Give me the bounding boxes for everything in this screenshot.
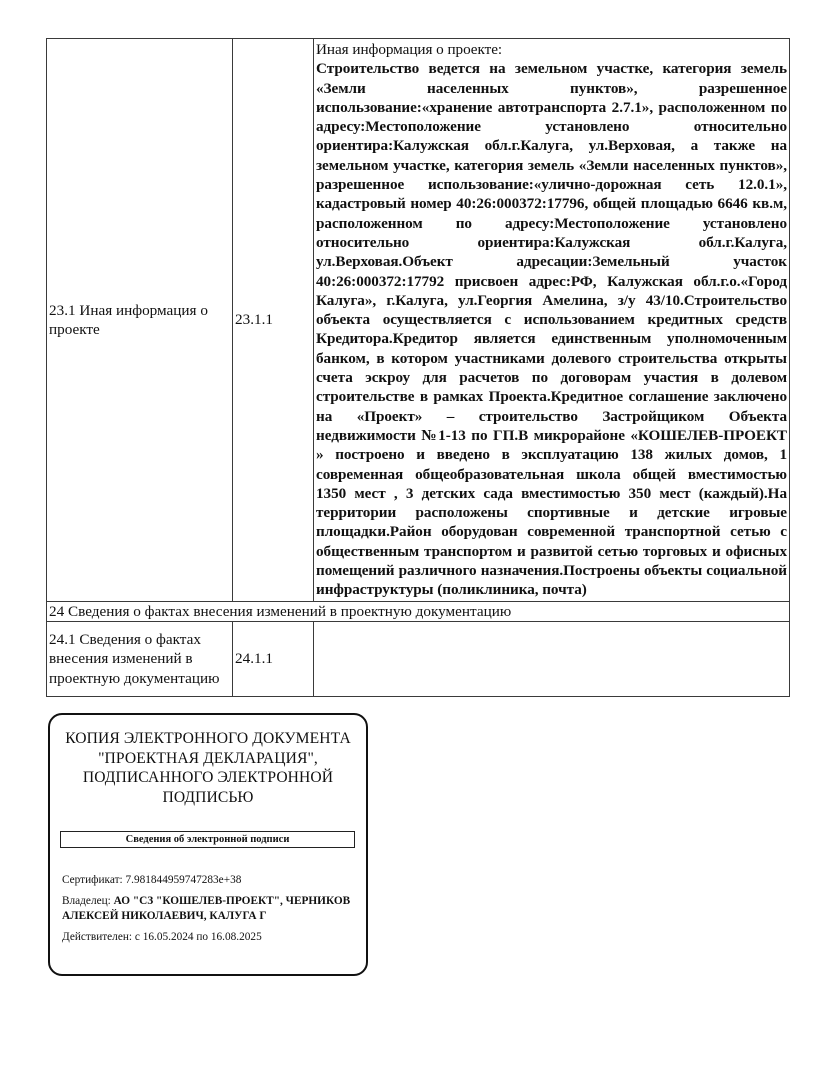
validity-value: с 16.05.2024 по 16.08.2025 [135, 931, 262, 943]
table-row-23-1: 23.1 Иная информация о проекте 23.1.1 Ин… [47, 39, 790, 602]
electronic-signature-stamp: КОПИЯ ЭЛЕКТРОННОГО ДОКУМЕНТА "ПРОЕКТНАЯ … [48, 713, 368, 976]
other-info-body: Строительство ведется на земельном участ… [316, 59, 787, 599]
certificate-value: 7.981844959747283e+38 [125, 874, 241, 886]
stamp-title: КОПИЯ ЭЛЕКТРОННОГО ДОКУМЕНТА "ПРОЕКТНАЯ … [50, 729, 366, 807]
owner-line: Владелец: АО "СЗ "КОШЕЛЕВ-ПРОЕКТ", ЧЕРНИ… [62, 894, 356, 924]
validity-line: Действителен: с 16.05.2024 по 16.08.2025 [62, 930, 356, 945]
signature-info-header: Сведения об электронной подписи [60, 831, 355, 848]
row-value-24-1-1 [314, 621, 790, 696]
row-code-23-1-1: 23.1.1 [233, 39, 314, 602]
row-label-24-1: 24.1 Сведения о фактах внесения изменени… [47, 621, 233, 696]
row-label-23-1: 23.1 Иная информация о проекте [47, 39, 233, 602]
owner-label: Владелец: [62, 895, 111, 907]
section-header-24: 24 Сведения о фактах внесения изменений … [47, 601, 790, 621]
validity-label: Действителен: [62, 931, 132, 943]
table-row-24-1: 24.1 Сведения о фактах внесения изменени… [47, 621, 790, 696]
project-declaration-table: 23.1 Иная информация о проекте 23.1.1 Ин… [46, 38, 790, 697]
row-code-24-1-1: 24.1.1 [233, 621, 314, 696]
certificate-line: Сертификат: 7.981844959747283e+38 [62, 873, 356, 888]
certificate-label: Сертификат: [62, 874, 123, 886]
other-info-heading: Иная информация о проекте: [316, 40, 787, 59]
row-value-23-1-1: Иная информация о проекте: Строительство… [314, 39, 790, 602]
section-title-24: 24 Сведения о фактах внесения изменений … [47, 601, 790, 621]
signature-details: Сертификат: 7.981844959747283e+38 Владел… [62, 873, 356, 951]
